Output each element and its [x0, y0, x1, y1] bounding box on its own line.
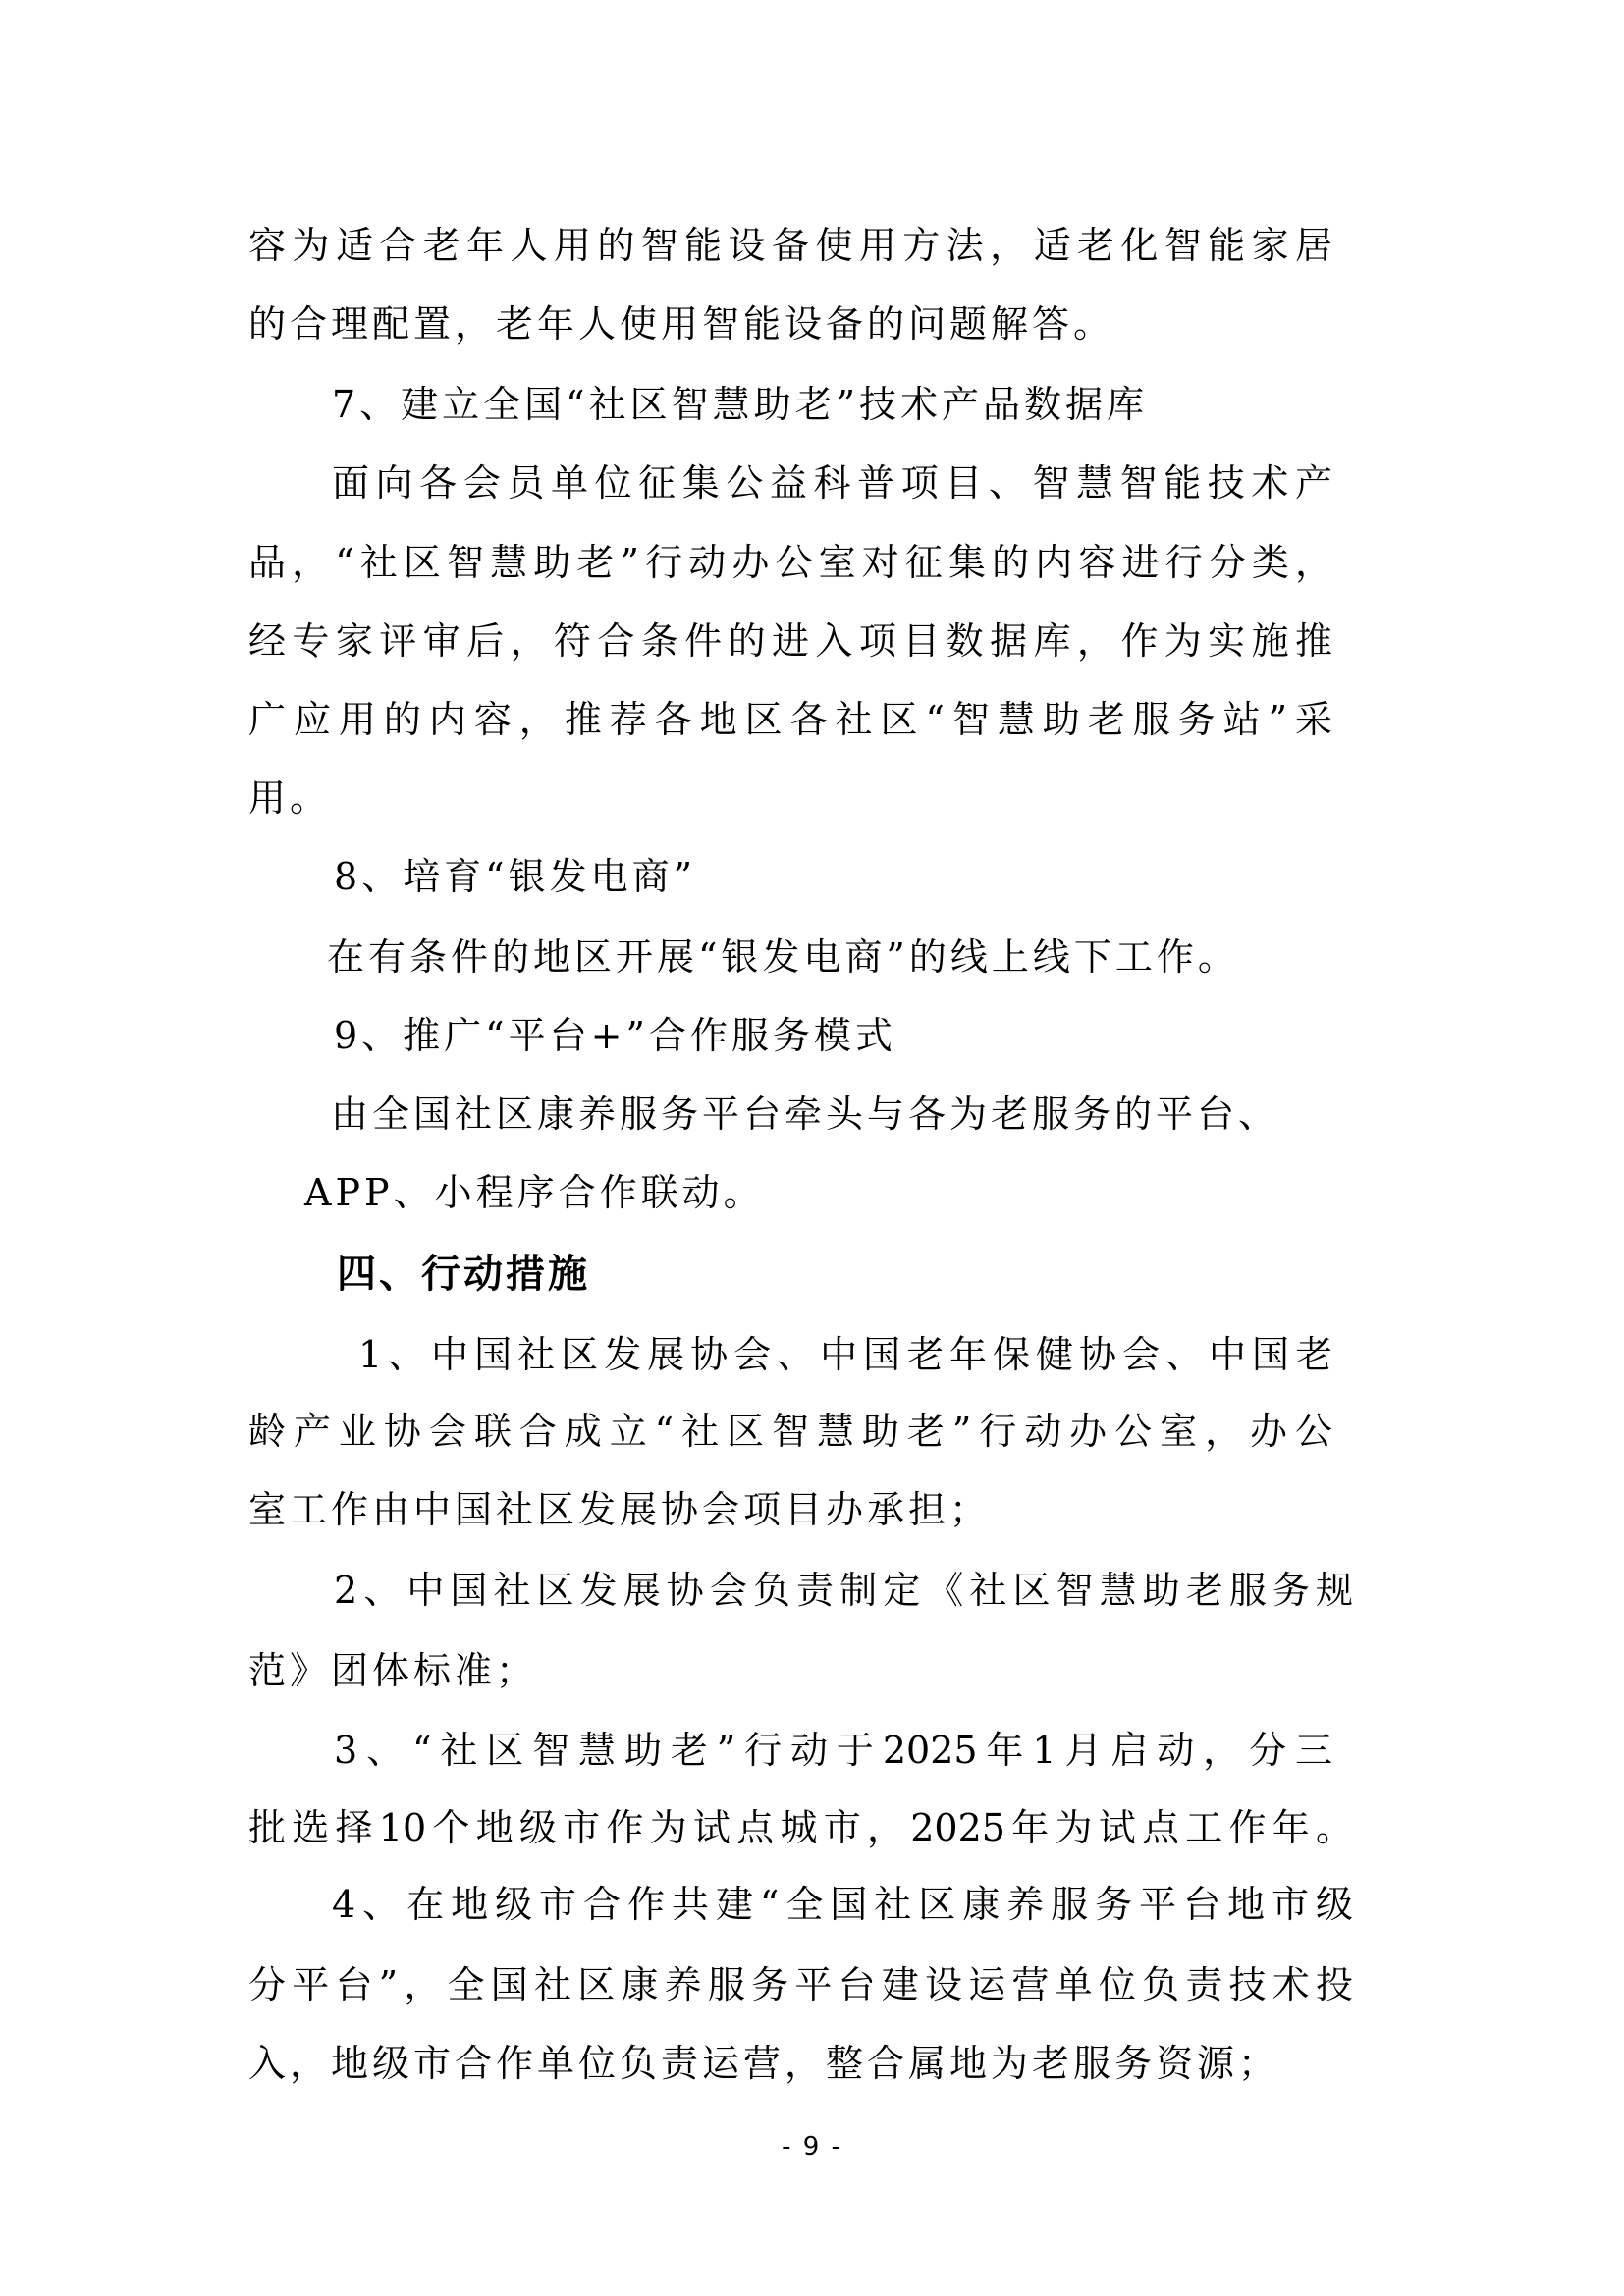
- paragraph-line: 4、在地级市合作共建“全国社区康养服务平台地市级: [332, 1880, 1353, 1929]
- paragraph-line: 批选择10个地级市作为试点城市，2025年为试点工作年。: [248, 1803, 1353, 1852]
- paragraph-line: 1、中国社区发展协会、中国老年保健协会、中国老: [358, 1330, 1332, 1379]
- paragraph-line: 用。: [248, 774, 331, 823]
- paragraph-line: 3、“社区智慧助老”行动于2025年1月启动，分三: [334, 1726, 1332, 1775]
- paragraph-line: 2、中国社区发展协会负责制定《社区智慧助老服务规: [334, 1566, 1353, 1615]
- paragraph-line: 广应用的内容，推荐各地区各社区“智慧助老服务站”采: [248, 695, 1332, 744]
- paragraph-line: 面向各会员单位征集公益科普项目、智慧智能技术产: [332, 458, 1332, 507]
- paragraph-line: 室工作由中国社区发展协会项目办承担；: [248, 1485, 991, 1534]
- paragraph-line: 容为适合老年人用的智能设备使用方法，适老化智能家居: [248, 221, 1332, 270]
- paragraph-line: 经专家评审后，符合条件的进入项目数据库，作为实施推: [248, 616, 1332, 666]
- item-8-title: 8、培育“银发电商”: [334, 852, 696, 901]
- paragraph-line: 由全国社区康养服务平台牵头与各为老服务的平台、: [331, 1090, 1279, 1139]
- paragraph-line: 龄产业协会联合成立“社区智慧助老”行动办公室，办公: [248, 1407, 1332, 1456]
- paragraph-line: 范》团体标准；: [248, 1646, 537, 1695]
- paragraph-line: 在有条件的地区开展“银发电商”的线上线下工作。: [327, 933, 1239, 982]
- section-heading: 四、行动措施: [337, 1250, 590, 1299]
- page-number: - 9 -: [714, 2130, 910, 2163]
- item-9-title: 9、推广“平台+”合作服务模式: [334, 1011, 896, 1060]
- item-7-title: 7、建立全国“社区智慧助老”技术产品数据库: [332, 380, 1148, 429]
- paragraph-line: 品，“社区智慧助老”行动办公室对征集的内容进行分类，: [248, 538, 1332, 587]
- document-page: 容为适合老年人用的智能设备使用方法，适老化智能家居 的合理配置，老年人使用智能设…: [0, 0, 1624, 2296]
- paragraph-line: 入，地级市合作单位负责运营，整合属地为老服务资源；: [248, 2039, 1279, 2088]
- paragraph-line: 的合理配置，老年人使用智能设备的问题解答。: [248, 299, 1114, 348]
- paragraph-line: 分平台”，全国社区康养服务平台建设运营单位负责技术投: [248, 1960, 1353, 2009]
- paragraph-line: APP、小程序合作联动。: [304, 1168, 765, 1217]
